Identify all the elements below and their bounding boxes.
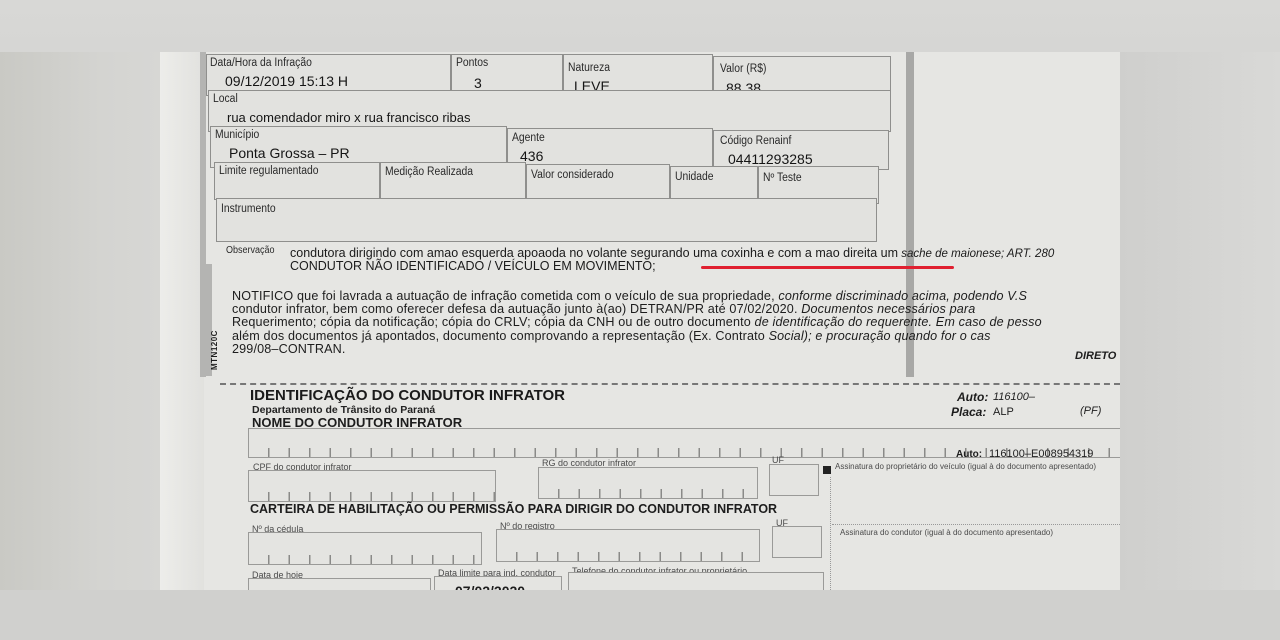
points-value: 3 (474, 75, 482, 91)
notice-line-5: 299/08–CONTRAN. (232, 343, 1120, 356)
limit-cell: Limite regulamentado (214, 162, 380, 200)
test-number-label: Nº Teste (763, 172, 802, 184)
identification-title: IDENTIFICAÇÃO DO CONDUTOR INFRATOR (250, 387, 565, 404)
limit-label: Limite regulamentado (219, 165, 319, 177)
registry-number-input[interactable] (496, 529, 760, 562)
signature-box-border (830, 477, 831, 590)
renainf-cell: Código Renainf 04411293285 (713, 130, 889, 170)
driver-signature-label: Assinatura do condutor (igual à do docum… (840, 528, 1053, 537)
observation-label: Observação (226, 245, 275, 256)
datetime-label: Data/Hora da Infração (210, 57, 312, 69)
observation-text-main: condutora dirigindo com amao esquerda ap… (290, 246, 898, 260)
background-top (0, 0, 1280, 52)
instrument-label: Instrumento (221, 203, 276, 215)
plate-label: Placa: (951, 405, 986, 419)
deadline-field: 07/02/2020 (434, 576, 562, 590)
rg-input[interactable] (538, 467, 758, 499)
location-label: Local (213, 93, 238, 105)
owner-signature-line[interactable] (832, 524, 1120, 525)
card-number-input[interactable] (248, 532, 482, 565)
uf-input[interactable] (769, 464, 819, 496)
notice-line-4: além dos documentos já apontados, docume… (232, 330, 1120, 343)
owner-signature-label: Assinatura do proprietário do veículo (i… (835, 462, 1096, 471)
plate-type: (PF) (1080, 405, 1101, 417)
notification-paragraph: NOTIFICO que foi lavrada a autuação de i… (232, 290, 1120, 356)
today-date-input[interactable] (248, 578, 431, 590)
traffic-ticket-document: Data/Hora da Infração 09/12/2019 15:13 H… (160, 52, 1120, 590)
plate-value: ALP (993, 406, 1014, 418)
background-bottom (0, 590, 1280, 640)
considered-value-cell: Valor considerado (526, 164, 670, 202)
datetime-value: 09/12/2019 15:13 H (225, 73, 348, 89)
phone-input[interactable] (568, 572, 824, 590)
renainf-value: 04411293285 (728, 151, 813, 167)
auto2-value: 116100–E008954319 (989, 448, 1093, 460)
paper-edge (160, 52, 204, 590)
considered-value-label: Valor considerado (531, 169, 614, 181)
form-code-vertical: MTN120C (210, 330, 219, 370)
location-value: rua comendador miro x rua francisco riba… (227, 110, 471, 125)
auto-value: 116100– (993, 391, 1035, 403)
director-signature-text: DIRETO (1075, 350, 1116, 362)
points-label: Pontos (456, 57, 488, 69)
instrument-cell: Instrumento (216, 198, 877, 242)
uf2-input[interactable] (772, 526, 822, 558)
corner-marker (823, 466, 831, 474)
measurement-label: Medição Realizada (385, 166, 473, 178)
cpf-input[interactable] (248, 470, 496, 502)
observation-line-2: CONDUTOR NÃO IDENTIFICADO / VEÍCULO EM M… (290, 260, 656, 272)
agent-label: Agente (512, 132, 545, 144)
city-value: Ponta Grossa – PR (229, 145, 350, 161)
observation-text-article: sache de maionese; ART. 280 (898, 248, 1054, 260)
nature-label: Natureza (568, 62, 610, 74)
agent-cell: Agente 436 (507, 128, 713, 168)
city-label: Município (215, 129, 259, 141)
auto2-label: Auto: (956, 449, 982, 460)
license-section-title: CARTEIRA DE HABILITAÇÃO OU PERMISSÃO PAR… (250, 502, 777, 516)
background-right (1120, 52, 1280, 590)
renainf-label: Código Renainf (720, 135, 791, 147)
red-highlight-underline (701, 266, 954, 269)
amount-label: Valor (R$) (720, 63, 766, 75)
unit-label: Unidade (675, 171, 714, 183)
tear-off-dashed-line (220, 383, 1120, 385)
deadline-value: 07/02/2020 (455, 583, 525, 590)
auto-label: Auto: (957, 390, 988, 404)
measurement-cell: Medição Realizada (380, 162, 526, 200)
